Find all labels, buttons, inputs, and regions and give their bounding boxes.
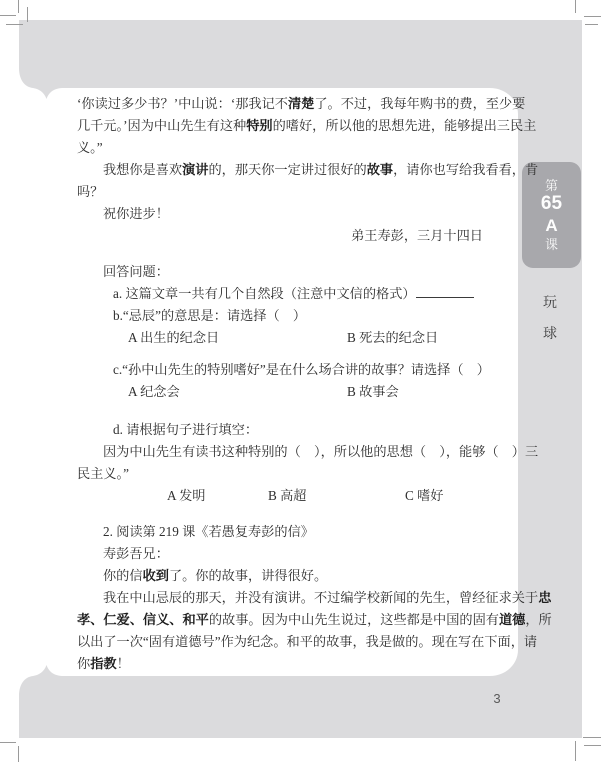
text-line: 回答问题：: [77, 261, 509, 283]
text-run: B 死去的纪念日: [347, 330, 438, 345]
text-run: 民主义。”: [77, 466, 129, 481]
text-line: 吗？: [77, 181, 509, 203]
text-line: a. 这篇文章一共有几个自然段（注意中文信的格式）: [77, 283, 509, 305]
lesson-tab-char: 第: [545, 178, 558, 194]
text-run: ‘你读过多少书？’中山说：‘那我记不: [77, 96, 288, 111]
emphasis-text: 收到: [143, 568, 169, 583]
emphasis-text: 故事: [367, 162, 393, 177]
text-run: 寿彭吾兄：: [103, 546, 169, 561]
emphasis-text: 清楚: [288, 96, 314, 111]
text-run: ，所: [525, 612, 551, 627]
text-line: 你指教！: [77, 653, 509, 675]
text-run: 几千元。’因为中山先生有这种: [77, 118, 246, 133]
text-line: d. 请根据句子进行填空：: [77, 419, 509, 441]
text-run: 你的信: [103, 568, 143, 583]
text-run: B 故事会: [347, 384, 399, 399]
category-label: 玩 球: [518, 288, 582, 350]
text-run: 的，那天你一定讲过很好的: [209, 162, 367, 177]
text-run: 我想你是喜欢: [103, 162, 182, 177]
emphasis-text: 道德: [499, 612, 525, 627]
text-run: C 嗜好: [405, 488, 443, 503]
text-run: ，请你也写给我看看，肯: [393, 162, 538, 177]
text-line: 民主义。”: [77, 463, 509, 485]
text-line: 祝你进步！: [77, 203, 509, 225]
text-run: 弟王寿彭，三月十四日: [351, 228, 483, 243]
text-line: c.“孙中山先生的特别嗜好”是在什么场合讲的故事？请选择（ ）: [77, 359, 509, 381]
category-char: 球: [518, 319, 582, 350]
scanned-book-page: 第 65 A 课 玩 球 ‘你读过多少书？’中山说：‘那我记不清楚了。不过，我每…: [0, 0, 601, 763]
text-run: a. 这篇文章一共有几个自然段（注意中文信的格式）: [113, 286, 416, 301]
text-run: 祝你进步！: [103, 206, 169, 221]
text-run: d. 请根据句子进行填空：: [113, 422, 258, 437]
category-char: 玩: [518, 288, 582, 319]
text-run: B 高超: [268, 485, 405, 507]
fill-in-blank-line: [416, 285, 474, 298]
text-line: 你的信收到了。你的故事，讲得很好。: [77, 565, 509, 587]
text-run: A 出生的纪念日: [128, 327, 347, 349]
text-line: 寿彭吾兄：: [77, 543, 509, 565]
text-run: c.“孙中山先生的特别嗜好”是在什么场合讲的故事？请选择（ ）: [113, 362, 490, 377]
text-run: 2. 阅读第 219 课《若愚复寿彭的信》: [103, 524, 314, 539]
text-line: 以出了一次“固有道德号”作为纪念。和平的故事，我是做的。现在写在下面，请: [77, 631, 509, 653]
emphasis-text: 忠: [538, 590, 551, 605]
lesson-tab-char: 课: [545, 237, 558, 253]
text-run: A 发明: [167, 485, 268, 507]
text-run: ！: [117, 656, 130, 671]
text-run: 的故事。因为中山先生说过，这些都是中国的固有: [209, 612, 499, 627]
text-run: 回答问题：: [103, 264, 169, 279]
text-line: b.“忌辰”的意思是：请选择（ ）: [77, 305, 509, 327]
text-run: A 纪念会: [128, 381, 347, 403]
text-line: 因为中山先生有读书这种特别的（ ），所以他的思想（ ），能够（ ）三: [77, 441, 509, 463]
text-line: 我想你是喜欢演讲的，那天你一定讲过很好的故事，请你也写给我看看，肯: [77, 159, 509, 181]
text-line: A 纪念会B 故事会: [77, 381, 509, 403]
lesson-letter: A: [545, 216, 557, 236]
emphasis-text: 演讲: [182, 162, 208, 177]
document-text: ‘你读过多少书？’中山说：‘那我记不清楚了。不过，我每年购书的费，至少要几千元。…: [77, 93, 509, 675]
page-number: 3: [486, 691, 508, 706]
text-line: 2. 阅读第 219 课《若愚复寿彭的信》: [77, 521, 509, 543]
text-run: 因为中山先生有读书这种特别的（ ），所以他的思想（ ），能够（ ）三: [103, 444, 538, 459]
text-line: 我在中山忌辰的那天，并没有演讲。不过编学校新闻的先生，曾经征求关于忠: [77, 587, 509, 609]
emphasis-text: 指教: [90, 656, 116, 671]
text-line: 几千元。’因为中山先生有这种特别的嗜好，所以他的思想先进，能够提出三民主: [77, 115, 509, 137]
text-line: 弟王寿彭，三月十四日: [77, 225, 509, 247]
text-line: A 出生的纪念日B 死去的纪念日: [77, 327, 509, 349]
text-run: 义。”: [77, 140, 103, 155]
text-run: 我在中山忌辰的那天，并没有演讲。不过编学校新闻的先生，曾经征求关于: [103, 590, 538, 605]
text-run: 以出了一次“固有道德号”作为纪念。和平的故事，我是做的。现在写在下面，请: [77, 634, 537, 649]
text-run: 吗？: [77, 184, 103, 199]
text-run: 的嗜好，所以他的思想先进，能够提出三民主: [273, 118, 537, 133]
text-run: 你: [77, 656, 90, 671]
lesson-number: 65: [541, 193, 562, 216]
emphasis-text: 孝、仁爱、信义、和平: [77, 612, 209, 627]
text-line: ‘你读过多少书？’中山说：‘那我记不清楚了。不过，我每年购书的费，至少要: [77, 93, 509, 115]
text-line: 孝、仁爱、信义、和平的故事。因为中山先生说过，这些都是中国的固有道德，所: [77, 609, 509, 631]
text-run: 了。不过，我每年购书的费，至少要: [314, 96, 525, 111]
text-run: b.“忌辰”的意思是：请选择（ ）: [113, 308, 306, 323]
text-run: 了。你的故事，讲得很好。: [169, 568, 327, 583]
text-line: A 发明B 高超C 嗜好: [77, 485, 509, 507]
text-line: 义。”: [77, 137, 509, 159]
emphasis-text: 特别: [246, 118, 272, 133]
